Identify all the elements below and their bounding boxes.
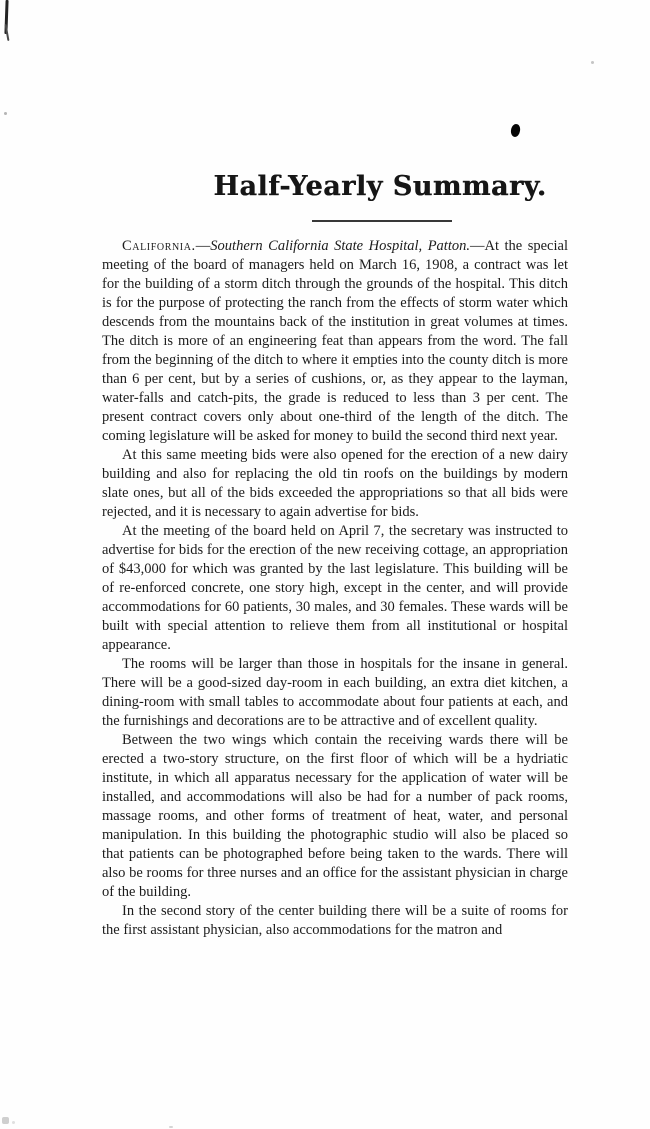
ink-speck: [2, 1117, 9, 1124]
paragraph-text: —At the special meeting of the board of …: [102, 238, 568, 444]
paragraph-california: California.—Southern California State Ho…: [102, 237, 568, 446]
paragraph-hydriatic-institute: Between the two wings which contain the …: [102, 731, 568, 902]
scanned-page: Half-Yearly Summary. California.—Souther…: [0, 0, 650, 1129]
title-rule: [312, 220, 452, 222]
hospital-name: Southern California State Hospital, Patt…: [210, 238, 470, 254]
paragraph-dairy-bids: At this same meeting bids were also open…: [102, 446, 568, 522]
state-heading: California.: [122, 238, 196, 254]
ink-speck: [169, 1126, 173, 1128]
paragraph-second-story: In the second story of the center buildi…: [102, 902, 568, 940]
ink-speck: [12, 1121, 15, 1124]
ink-speck: [4, 112, 7, 115]
paragraph-rooms: The rooms will be larger than those in h…: [102, 655, 568, 731]
paragraph-receiving-cottage: At the meeting of the board held on Apri…: [102, 522, 568, 655]
ink-speck: [591, 61, 594, 64]
article-body: California.—Southern California State Ho…: [102, 237, 568, 940]
page-title: Half-Yearly Summary.: [130, 171, 630, 202]
ink-mark-top-left-hook: [5, 24, 10, 41]
em-dash: —: [196, 238, 211, 254]
ink-blot: [510, 123, 521, 137]
